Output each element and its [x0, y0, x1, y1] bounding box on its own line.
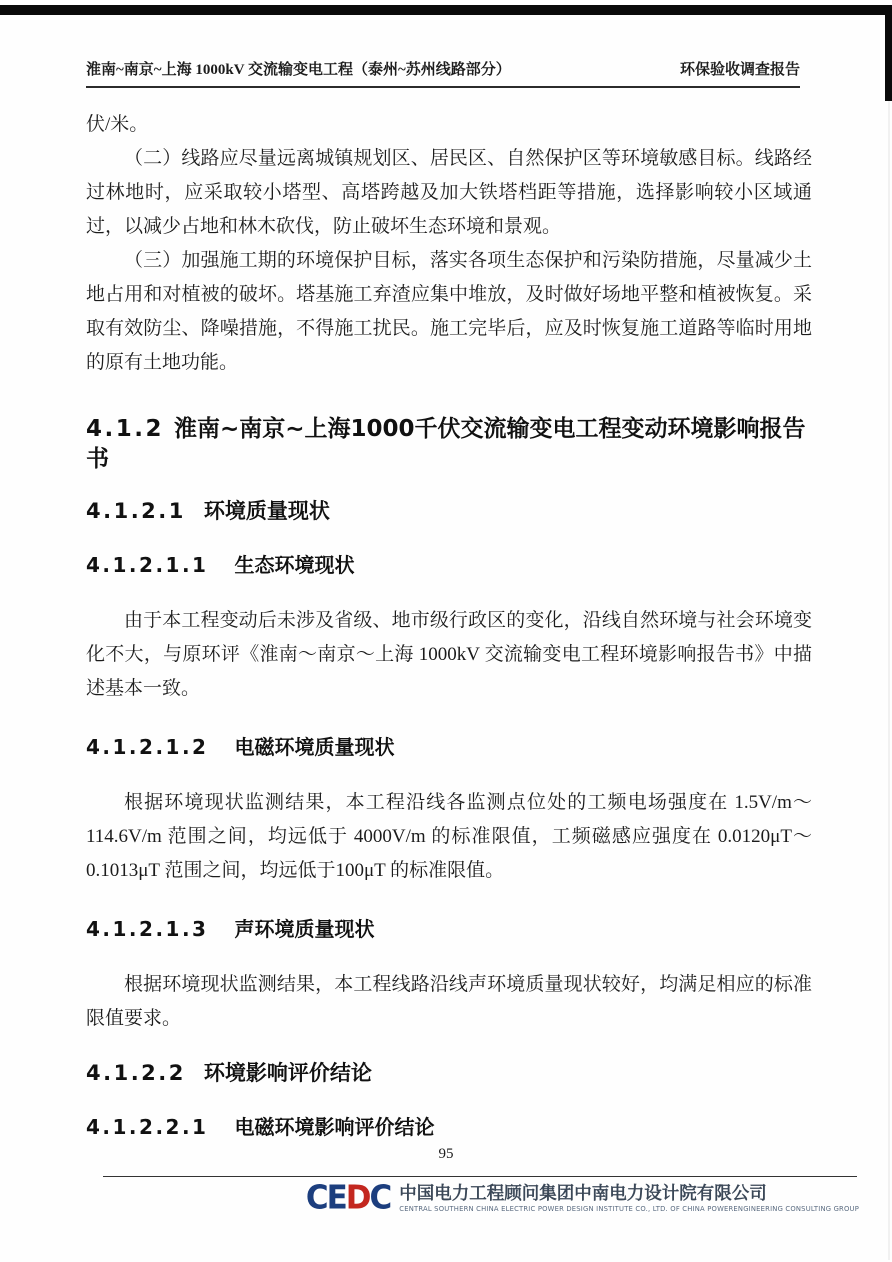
logo-letter: C: [370, 1182, 391, 1215]
section-heading-4-1-2-2: 4.1.2.2环境影响评价结论: [86, 1060, 812, 1086]
cedc-logo-icon: CEDC: [306, 1182, 390, 1215]
logo-letter: E: [327, 1182, 346, 1215]
scan-artifact-right-strip: [885, 5, 892, 101]
section-title: 电磁环境质量现状: [234, 735, 394, 759]
page-number: 95: [0, 1146, 892, 1163]
company-name-en: CENTRAL SOUTHERN CHINA ELECTRIC POWER DE…: [399, 1205, 859, 1214]
paragraph-ecology-status: 由于本工程变动后未涉及省级、地市级行政区的变化，沿线自然环境与社会环境变化不大，…: [86, 604, 812, 706]
section-title: 生态环境现状: [234, 553, 354, 577]
section-number: 4.1.2.1.2: [86, 735, 208, 759]
section-title: 环境质量现状: [204, 499, 330, 523]
logo-letter: C: [306, 1182, 327, 1215]
section-number: 4.1.2: [86, 416, 164, 442]
section-heading-4-1-2-1-2: 4.1.2.1.2电磁环境质量现状: [86, 734, 812, 760]
footer-rule: [103, 1176, 857, 1177]
scan-artifact-right-edge: [888, 100, 890, 1260]
paragraph-noise-status: 根据环境现状监测结果，本工程线路沿线声环境质量现状较好，均满足相应的标准限值要求…: [86, 968, 812, 1036]
logo-letter: D: [346, 1182, 370, 1215]
company-name-cn: 中国电力工程顾问集团中南电力设计院有限公司: [399, 1184, 859, 1204]
paragraph-item-3: （三）加强施工期的环境保护目标，落实各项生态保护和污染防措施，尽量减少土地占用和…: [86, 244, 812, 380]
section-heading-4-1-2: 4.1.2淮南~南京~上海1000千伏交流输变电工程变动环境影响报告书: [86, 414, 812, 474]
section-number: 4.1.2.2: [86, 1061, 186, 1085]
section-title: 环境影响评价结论: [204, 1061, 372, 1085]
scan-artifact-top-bar: [0, 5, 892, 15]
document-page: 淮南~南京~上海 1000kV 交流输变电工程（泰州~苏州线路部分） 环保验收调…: [0, 0, 892, 1262]
company-name-block: 中国电力工程顾问集团中南电力设计院有限公司 CENTRAL SOUTHERN C…: [399, 1184, 859, 1214]
section-number: 4.1.2.1.3: [86, 917, 208, 941]
document-body: 伏/米。 （二）线路应尽量远离城镇规划区、居民区、自然保护区等环境敏感目标。线路…: [86, 108, 812, 1140]
section-heading-4-1-2-1-1: 4.1.2.1.1生态环境现状: [86, 552, 812, 578]
page-header: 淮南~南京~上海 1000kV 交流输变电工程（泰州~苏州线路部分） 环保验收调…: [86, 58, 800, 88]
section-title: 淮南~南京~上海1000千伏交流输变电工程变动环境影响报告书: [86, 416, 806, 472]
section-title: 电磁环境影响评价结论: [234, 1115, 434, 1139]
paragraph-continuation: 伏/米。: [86, 108, 812, 142]
footer-logo-block: CEDC 中国电力工程顾问集团中南电力设计院有限公司 CENTRAL SOUTH…: [306, 1183, 859, 1214]
section-heading-4-1-2-1-3: 4.1.2.1.3声环境质量现状: [86, 916, 812, 942]
paragraph-emf-status: 根据环境现状监测结果，本工程沿线各监测点位处的工频电场强度在 1.5V/m～11…: [86, 786, 812, 888]
paragraph-item-2: （二）线路应尽量远离城镇规划区、居民区、自然保护区等环境敏感目标。线路经过林地时…: [86, 142, 812, 244]
header-right-title: 环保验收调查报告: [680, 58, 800, 79]
section-number: 4.1.2.2.1: [86, 1115, 208, 1139]
section-heading-4-1-2-2-1: 4.1.2.2.1电磁环境影响评价结论: [86, 1114, 812, 1140]
section-number: 4.1.2.1: [86, 499, 186, 523]
section-heading-4-1-2-1: 4.1.2.1环境质量现状: [86, 498, 812, 524]
section-title: 声环境质量现状: [234, 917, 374, 941]
section-number: 4.1.2.1.1: [86, 553, 208, 577]
header-left-title: 淮南~南京~上海 1000kV 交流输变电工程（泰州~苏州线路部分）: [86, 58, 511, 79]
